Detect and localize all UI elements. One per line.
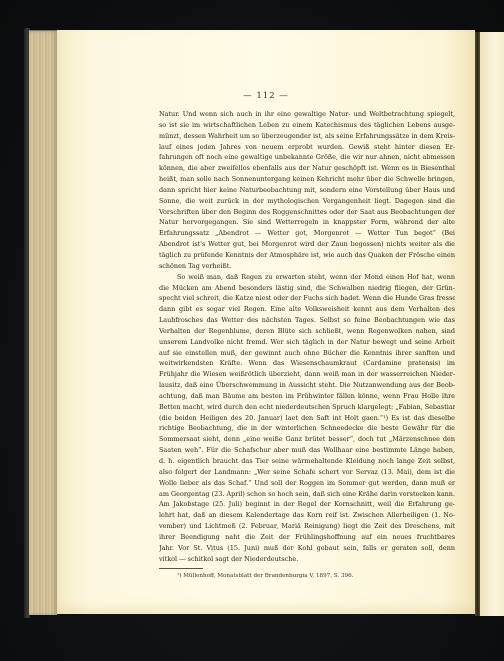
text-line: Betten macht, wird durch den echt nieder… — [159, 402, 455, 413]
text-line: Vorschriften über den Beginn des Roggens… — [159, 207, 455, 218]
text-line: Wolle lieber als das Schaf.“ Und soll de… — [159, 478, 455, 489]
text-line: fahrungen oft noch eine gewaltige unbeka… — [159, 152, 455, 163]
text-line: Natur. Und wenn sich auch in ihr eine ge… — [159, 109, 455, 120]
text-line: weitwirkendsten Kräfte. Wenn das Wiesens… — [159, 358, 455, 369]
text-line: Jahr. Vor St. Vitus (15. Juni) muß der K… — [159, 543, 455, 554]
text-line: Sonne, die weit zurück in der mythologis… — [159, 196, 455, 207]
text-line: können, die aber zweifellos ebenfalls au… — [159, 163, 455, 174]
text-line: (die beiden Heiligen des 20. Januar) lae… — [159, 413, 455, 424]
text-line: schönen Tag verheißt. — [159, 261, 455, 272]
text-line: lauf eines jeden Jahres von neuem erprob… — [159, 142, 455, 153]
text-line: unserem Landvolke nicht fremd. Wer sich … — [159, 337, 455, 348]
text-line: ihrer Beendigung naht die Zeit der Frühl… — [159, 532, 455, 543]
text-line: dann spricht hier keine Naturbeobachtung… — [159, 185, 455, 196]
scan-background: — 112 — Natur. Und wenn sich auch in ihr… — [0, 0, 504, 661]
text-line: Sommersaat sieht, denn „eine weiße Ganz … — [159, 434, 455, 445]
text-line: richtige Beobachtung, die in der winterl… — [159, 423, 455, 434]
text-line: lausitz, daß eine Überschwemmung in Auss… — [159, 380, 455, 391]
page-stack-edge — [29, 30, 57, 615]
text-line: achtung, daß man Bäume am besten im Früh… — [159, 391, 455, 402]
text-line: Verhalten der Regenblume, deren Blüte si… — [159, 326, 455, 337]
text-line: Erfahrungssatz „Abendrot — Wetter got, M… — [159, 228, 455, 239]
open-book: — 112 — Natur. Und wenn sich auch in ihr… — [24, 28, 504, 622]
text-line: dann gibt es sogar viel Regen. Eine alte… — [159, 304, 455, 315]
text-line: vember) und Lichtmeß (2. Februar, Mariä … — [159, 521, 455, 532]
paragraph-1: Natur. Und wenn sich auch in ihr eine ge… — [159, 109, 455, 272]
text-line: Abendrot ist's Wetter gut, bei Morgenrot… — [159, 239, 455, 250]
text-line: so ist sie im wirtschaftlichen Leben zu … — [159, 120, 455, 131]
text-line: Laubfrosches das Wetter des nächsten Tag… — [159, 315, 455, 326]
facing-page-edge — [480, 32, 504, 616]
text-line: heißt, man solle nach Sonnenuntergang ke… — [159, 174, 455, 185]
text-line: Frühjahr die Wiesen weißrötlich überzieh… — [159, 369, 455, 380]
text-line: die Mücken am Abend besonders lästig sin… — [159, 283, 455, 294]
text-line: lehrt hat, daß an diesem Kalendertage da… — [159, 510, 455, 521]
text-line: So weiß man, daß Regen zu erwarten steht… — [159, 272, 455, 283]
text-line: täglich zu prüfende Kenntnis der Atmosph… — [159, 250, 455, 261]
text-line: Natur hervorgegangen. Sie sind Wetterreg… — [159, 217, 455, 228]
page-number: — 112 — — [57, 91, 475, 101]
text-line: also folgert der Landmann: „Wer seine Sc… — [159, 467, 455, 478]
paragraph-2: So weiß man, daß Regen zu erwarten steht… — [159, 272, 455, 565]
footnote-divider — [159, 568, 203, 569]
footnote: ¹) Müllenhoff, Monatsblatt der Brandenbu… — [159, 572, 455, 581]
text-line: specht viel schreit, die Katze niest ode… — [159, 293, 455, 304]
text-line: auf sie einstellen muß, der gewinnt auch… — [159, 348, 455, 359]
text-line: münzt, dessen Wahrheit um so überzeugend… — [159, 131, 455, 142]
text-line: vitkol — schitkol sagt der Niederdeutsch… — [159, 554, 455, 565]
text-line: d. h. eigentlich braucht das Tier seine … — [159, 456, 455, 467]
text-line: am Georgentag (23. April) schon so hoch … — [159, 489, 455, 500]
text-line: Saaten weh“. Für die Schafschur aber muß… — [159, 445, 455, 456]
text-line: Am Jakobstage (25. Juli) beginnt in der … — [159, 499, 455, 510]
book-page: — 112 — Natur. Und wenn sich auch in ihr… — [57, 30, 475, 614]
page-body-text: Natur. Und wenn sich auch in ihr eine ge… — [159, 109, 455, 581]
